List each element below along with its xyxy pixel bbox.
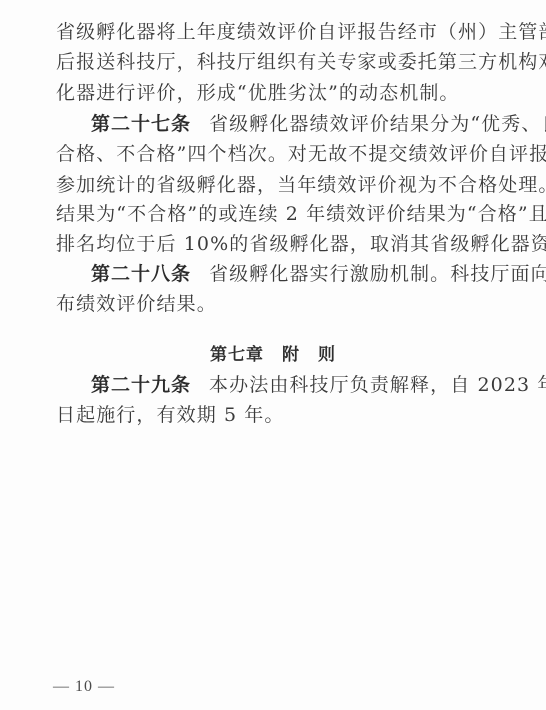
paragraph-line: 排名均位于后 10%的省级孵化器，取消其省级孵化器资格。 — [56, 232, 500, 256]
chapter-title-part: 附 — [282, 343, 300, 367]
paragraph-line: 布绩效评价结果。 — [56, 292, 500, 316]
chapter-heading: 第七章附则 — [0, 343, 546, 367]
paragraph-line: 合格、不合格”四个档次。对无故不提交绩效评价自评报告、不 — [56, 142, 500, 166]
chapter-number: 第七章 — [210, 343, 264, 367]
article-first-line: 第二十八条省级孵化器实行激励机制。科技厅面向社会公 — [91, 262, 500, 286]
article-label: 第二十九条 — [91, 374, 191, 396]
article-first-line: 第二十九条本办法由科技厅负责解释，自 2023 年 9 月 1 — [91, 373, 500, 397]
paragraph-line: 参加统计的省级孵化器，当年绩效评价视为不合格处理。对评价 — [56, 173, 500, 197]
article-first-line: 第二十七条省级孵化器绩效评价结果分为“优秀、良好、 — [91, 112, 500, 136]
paragraph-line: 后报送科技厅，科技厅组织有关专家或委托第三方机构对省级孵 — [56, 50, 500, 74]
paragraph-line: 省级孵化器将上年度绩效评价自评报告经市（州）主管部门审核 — [56, 20, 500, 44]
article-text: 省级孵化器绩效评价结果分为“优秀、良好、 — [209, 113, 546, 135]
paragraph-line: 日起施行，有效期 5 年。 — [56, 403, 500, 427]
article-label: 第二十八条 — [91, 263, 191, 285]
chapter-title-part: 则 — [318, 343, 336, 367]
document-page: 省级孵化器将上年度绩效评价自评报告经市（州）主管部门审核 后报送科技厅，科技厅组… — [0, 0, 546, 710]
article-label: 第二十七条 — [91, 113, 191, 135]
article-text: 省级孵化器实行激励机制。科技厅面向社会公 — [209, 263, 546, 285]
article-text: 本办法由科技厅负责解释，自 2023 年 9 月 1 — [209, 374, 546, 396]
paragraph-line: 结果为“不合格”的或连续 2 年绩效评价结果为“合格”且绩效评价 — [56, 202, 500, 226]
paragraph-line: 化器进行评价，形成“优胜劣汰”的动态机制。 — [56, 81, 500, 105]
page-number: — 10 — — [53, 678, 115, 696]
